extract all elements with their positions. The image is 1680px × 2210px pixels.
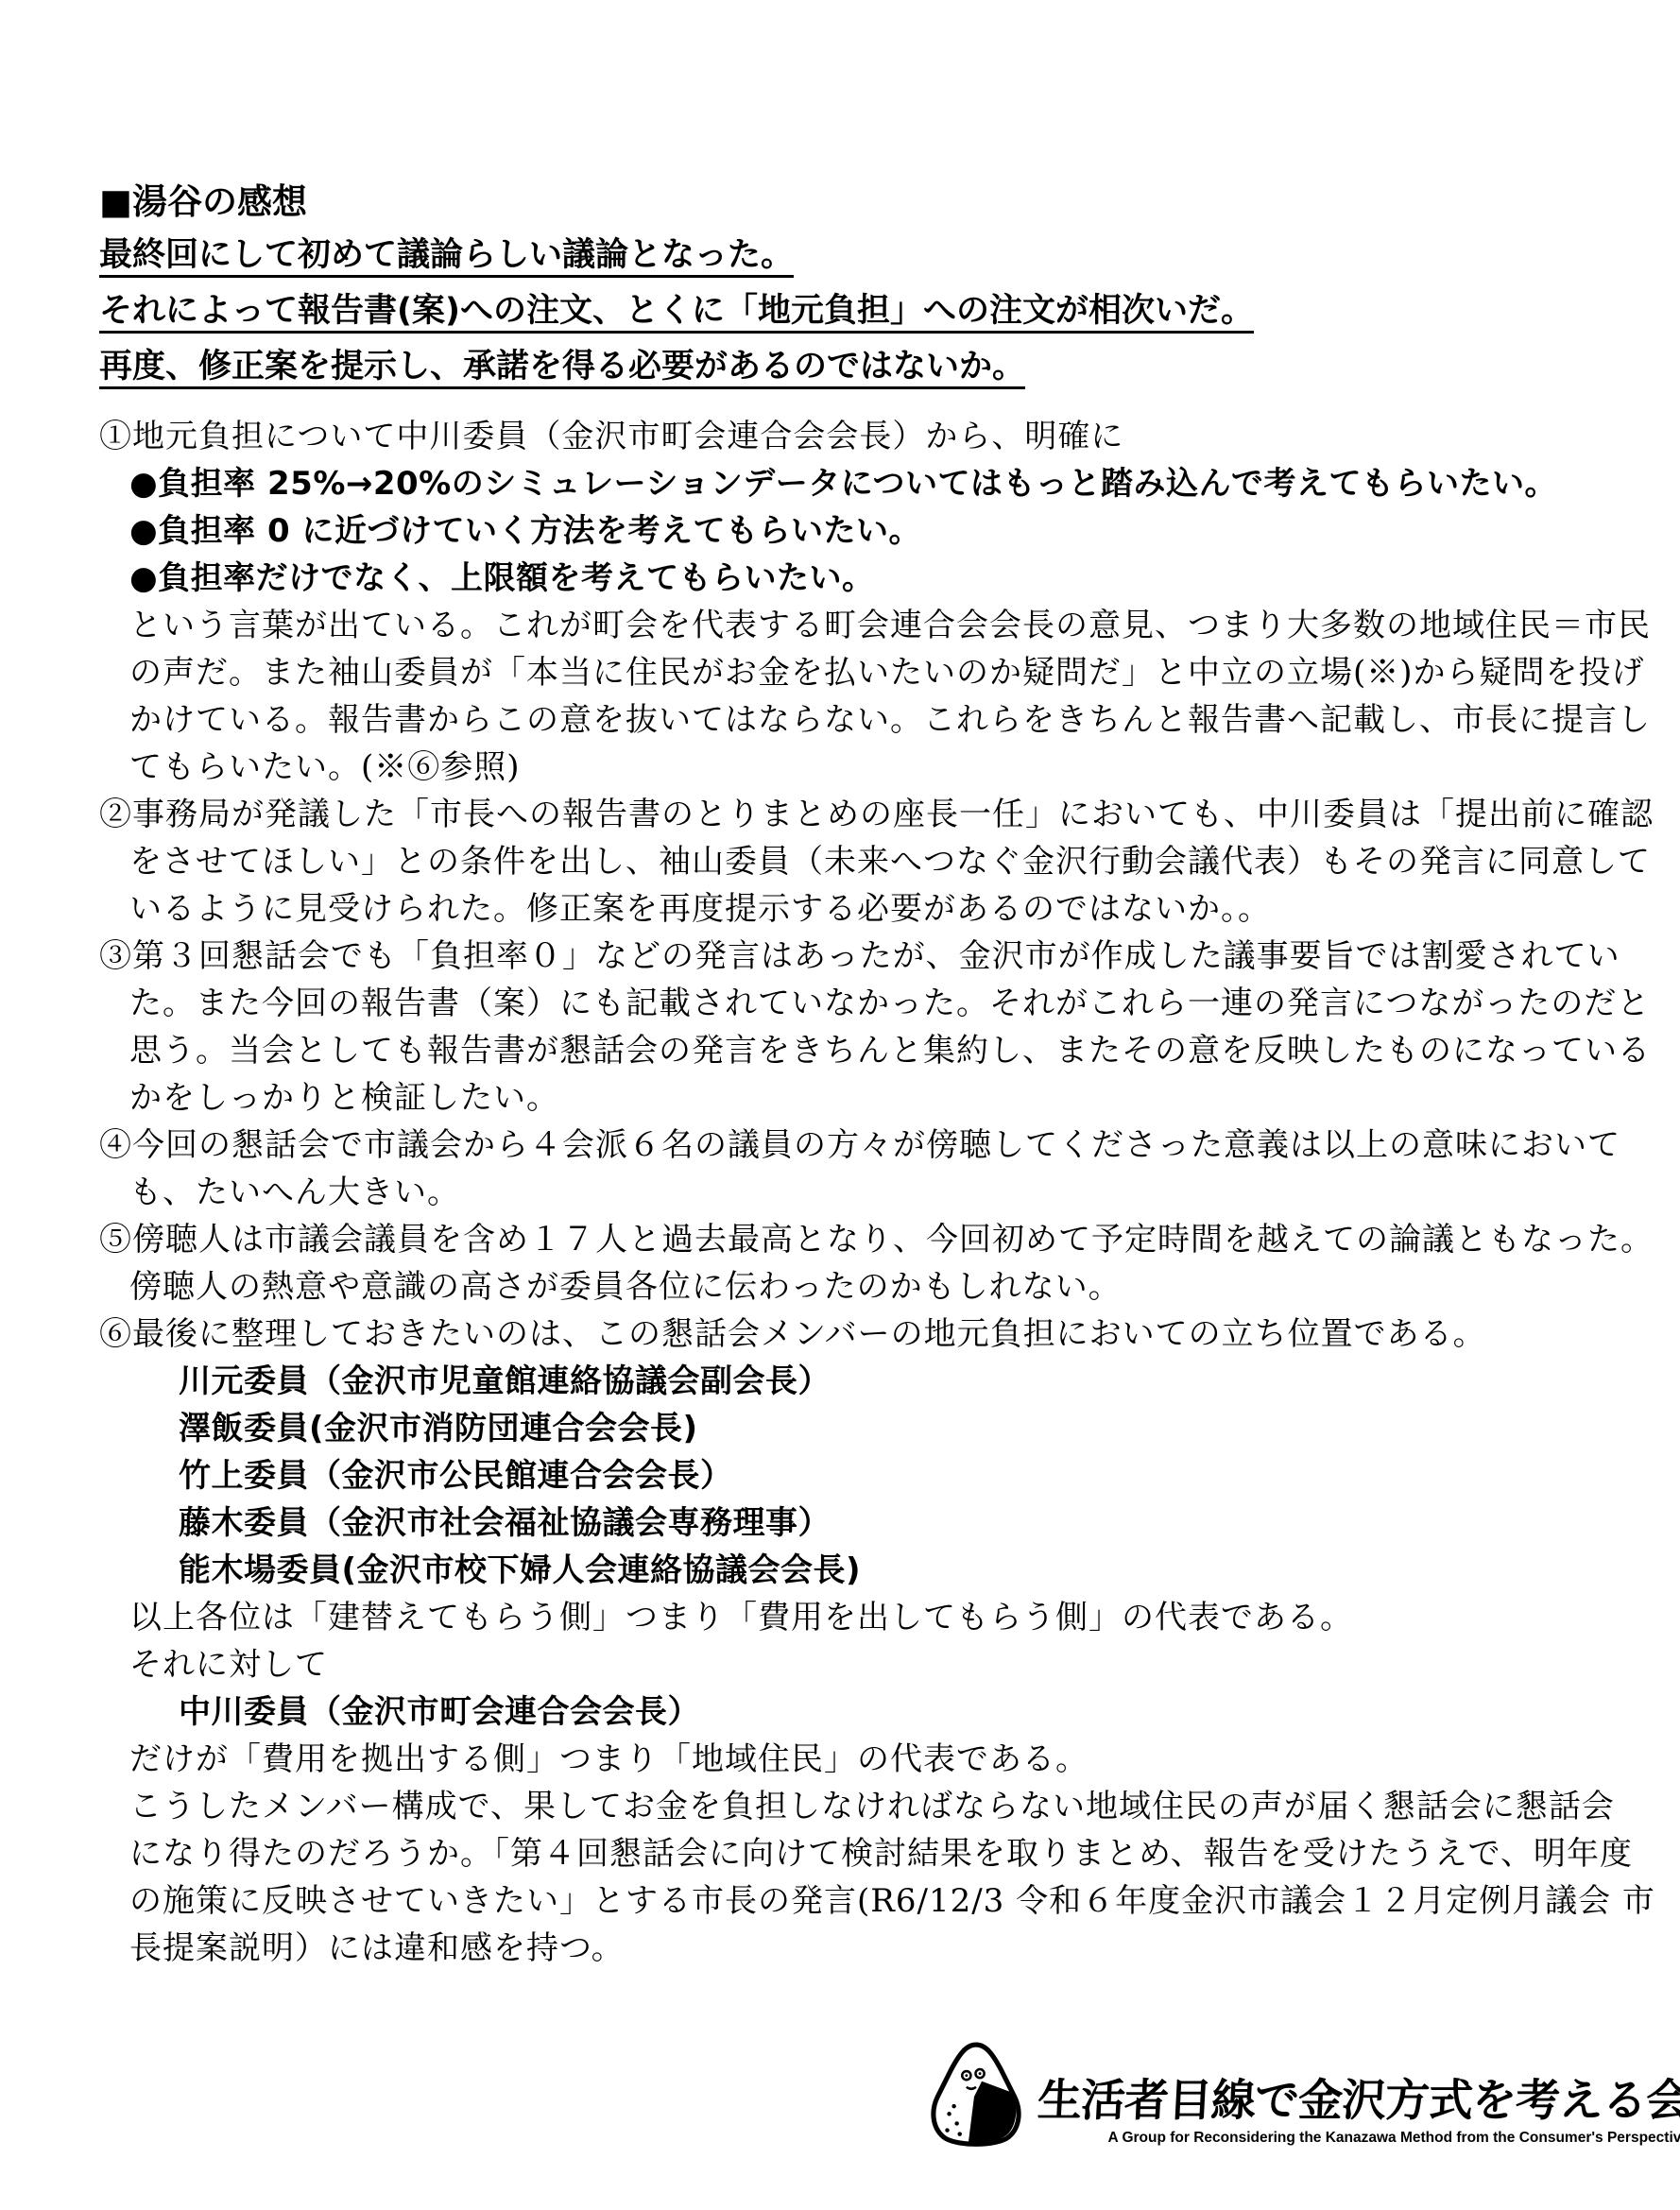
summary-line-1: 最終回にして初めて議論らしい議論となった。 (99, 228, 1254, 283)
item6-closing-line: 長提案説明）には違和感を持つ。 (99, 1925, 1611, 1972)
item2-body-line: いるように見受けられた。修正案を再度提示する必要があるのではないか。。 (99, 885, 1611, 933)
summary-line-2: それによって報告書(案)への注文、とくに「地元負担」への注文が相次いだ。 (99, 283, 1254, 339)
item1-body-line: かけている。報告書からこの意を抜いてはならない。これらをきちんと報告書へ記載し、… (99, 696, 1611, 744)
item1-lead: ①地元負担について中川委員（金沢市町会連合会会長）から、明確に (99, 413, 1611, 460)
body-text: ①地元負担について中川委員（金沢市町会連合会会長）から、明確に ●負担率 25%… (99, 413, 1611, 1972)
org-name-english: A Group for Reconsidering the Kanazawa M… (1037, 2130, 1680, 2147)
item2-body-line: をさせてほしい」との条件を出し、袖山委員（未来へつなぐ金沢行動会議代表）もその発… (99, 838, 1611, 885)
item6-body-line: それに対して (99, 1641, 1611, 1688)
item1-body-line: てもらいたい。(※⑥参照) (99, 744, 1611, 791)
item6-closing-line: の施策に反映させていきたい」とする市長の発言(R6/12/3 令和６年度金沢市議… (99, 1877, 1611, 1925)
item3-body-line: た。また今回の報告書（案）にも記載されていなかった。それがこれら一連の発言につな… (99, 980, 1611, 1027)
item1-bullet-2: ●負担率 0 に近づけていく方法を考えてもらいたい。 (99, 507, 1611, 555)
item6-lead: ⑥最後に整理しておきたいのは、この懇話会メンバーの地元負担においての立ち位置であ… (99, 1311, 1611, 1358)
member-line-nakagawa: 中川委員（金沢市町会連合会会長） (99, 1688, 1611, 1736)
document-page: ■湯谷の感想 最終回にして初めて議論らしい議論となった。 それによって報告書(案… (0, 0, 1680, 2210)
onigiri-mascot-icon (928, 2039, 1024, 2156)
item3-lead: ③第３回懇話会でも「負担率０」などの発言はあったが、金沢市が作成した議事要旨では… (99, 933, 1611, 980)
item1-bullet-1: ●負担率 25%→20%のシミュレーションデータについてはもっと踏み込んで考えて… (99, 460, 1611, 507)
member-line: 澤飯委員(金沢市消防団連合会会長) (99, 1405, 1611, 1452)
item6-closing-line: だけが「費用を拠出する側」つまり「地域住民」の代表である。 (99, 1736, 1611, 1783)
item6-closing-line: こうしたメンバー構成で、果してお金を負担しなければならない地域住民の声が届く懇話… (99, 1783, 1611, 1830)
item6-body-line: 以上各位は「建替えてもらう側」つまり「費用を出してもらう側」の代表である。 (99, 1594, 1611, 1641)
item4-lead: ④今回の懇話会で市議会から４会派６名の議員の方々が傍聴してくださった意義は以上の… (99, 1122, 1611, 1169)
org-logo-text: 生活者目線で金沢方式を考える会 A Group for Reconsiderin… (1037, 2077, 1680, 2147)
summary-line-3: 再度、修正案を提示し、承諾を得る必要があるのではないか。 (99, 339, 1254, 395)
item3-body-line: かをしっかりと検証したい。 (99, 1074, 1611, 1122)
member-line: 藤木委員（金沢市社会福祉協議会専務理事） (99, 1499, 1611, 1547)
page-title: ■湯谷の感想 (99, 173, 307, 224)
item5-lead: ⑤傍聴人は市議会議員を含め１７人と過去最高となり、今回初めて予定時間を越えての論… (99, 1216, 1611, 1263)
item5-body-line: 傍聴人の熱意や意識の高さが委員各位に伝わったのかもしれない。 (99, 1263, 1611, 1311)
item1-body-line: の声だ。また袖山委員が「本当に住民がお金を払いたいのか疑問だ」と中立の立場(※)… (99, 649, 1611, 696)
item3-body-line: 思う。当会としても報告書が懇話会の発言をきちんと集約し、またその意を反映したもの… (99, 1027, 1611, 1074)
item1-bullet-3: ●負担率だけでなく、上限額を考えてもらいたい。 (99, 555, 1611, 602)
member-line: 川元委員（金沢市児童館連絡協議会副会長） (99, 1358, 1611, 1405)
item6-closing-line: になり得たのだろうか。「第４回懇話会に向けて検討結果を取りまとめ、報告を受けたう… (99, 1830, 1611, 1877)
summary-block: 最終回にして初めて議論らしい議論となった。 それによって報告書(案)への注文、と… (99, 228, 1254, 395)
org-logo: 生活者目線で金沢方式を考える会 A Group for Reconsiderin… (928, 2039, 1680, 2156)
member-line: 能木場委員(金沢市校下婦人会連絡協議会会長) (99, 1547, 1611, 1594)
member-line: 竹上委員（金沢市公民館連合会会長） (99, 1452, 1611, 1499)
org-name-japanese: 生活者目線で金沢方式を考える会 (1037, 2077, 1680, 2126)
item2-lead: ②事務局が発議した「市長への報告書のとりまとめの座長一任」においても、中川委員は… (99, 791, 1611, 838)
item1-body-line: という言葉が出ている。これが町会を代表する町会連合会会長の意見、つまり大多数の地… (99, 602, 1611, 649)
item4-body-line: も、たいへん大きい。 (99, 1169, 1611, 1216)
